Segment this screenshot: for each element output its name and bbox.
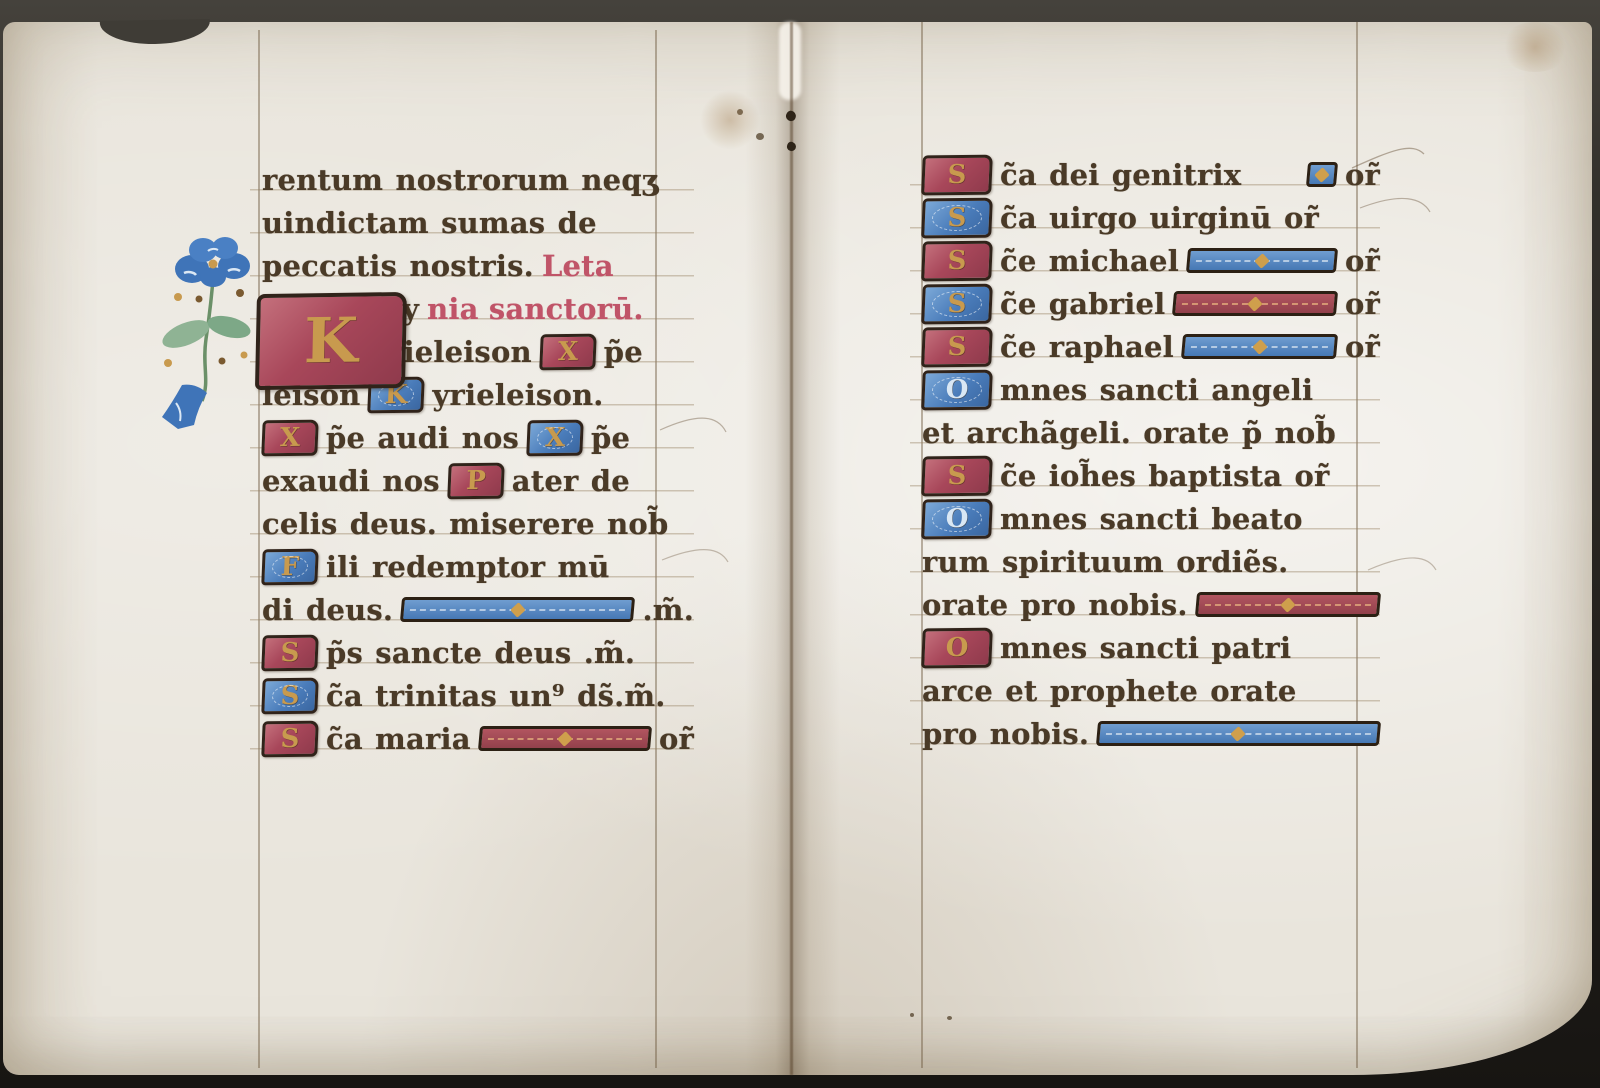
pen-flourishes xyxy=(0,0,1600,1088)
manuscript-photo: rentum nostrorum neqʒuindictam sumas dep… xyxy=(0,0,1600,1088)
